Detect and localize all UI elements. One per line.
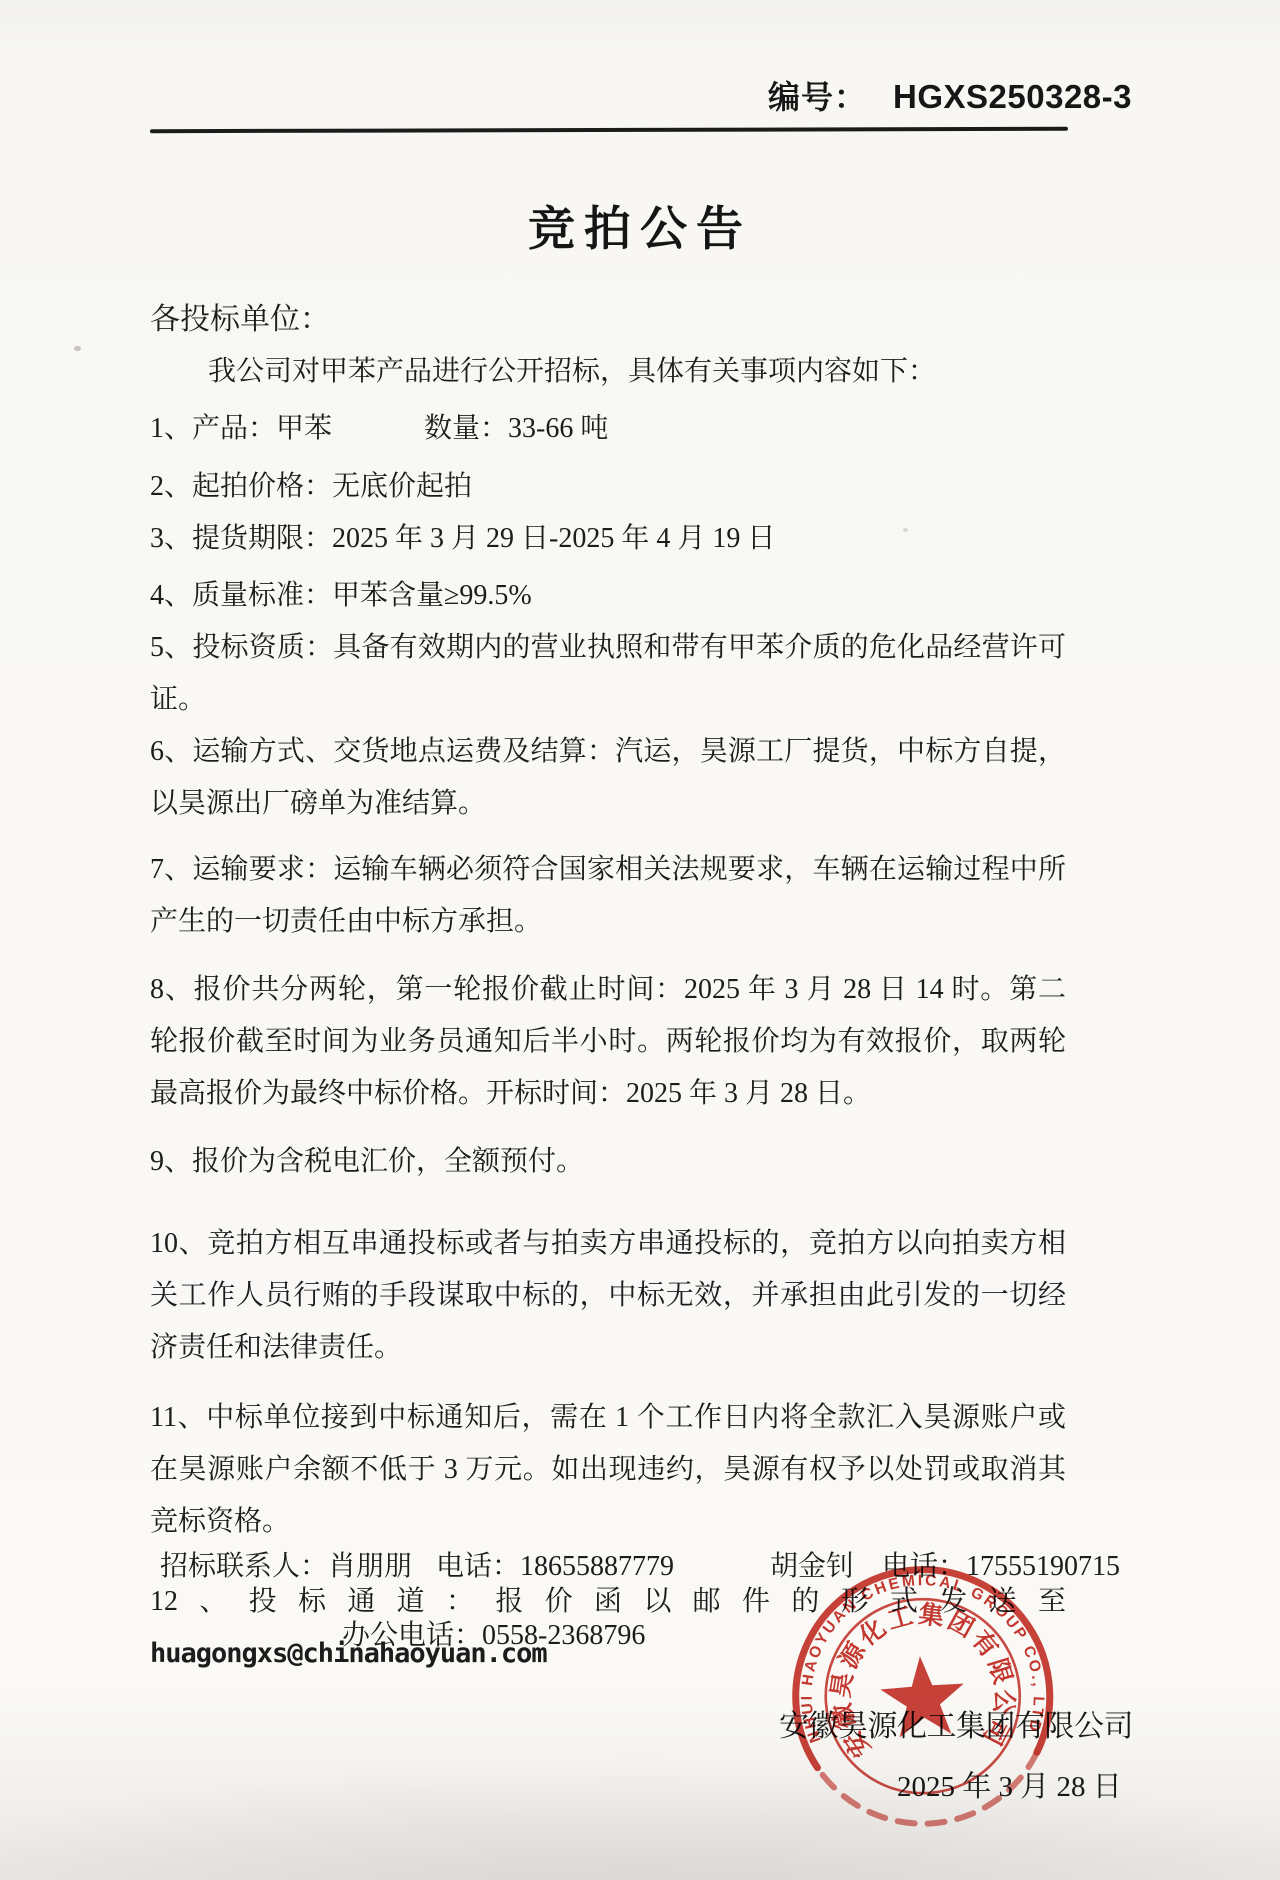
contact-2-name: 胡金钊	[770, 1544, 854, 1584]
notice-item-8: 8、报价共分两轮，第一轮报价截止时间：2025 年 3 月 28 日 14 时。…	[150, 964, 1066, 1120]
notice-item-1: 1、产品：甲苯数量：33-66 吨	[150, 403, 1066, 455]
scan-speckle	[74, 346, 81, 351]
item-1-product: 1、产品：甲苯	[150, 413, 332, 444]
item-1-quantity: 数量：33-66 吨	[424, 403, 608, 455]
doc-number-label: 编号：	[768, 79, 867, 115]
notice-item-10: 10、竞拍方相互串通投标或者与拍卖方串通投标的，竞拍方以向拍卖方相关工作人员行贿…	[150, 1218, 1066, 1374]
page-title: 竞拍公告	[0, 192, 1280, 259]
doc-number-value: HGXS250328-3	[893, 78, 1132, 115]
header-divider-rule	[150, 127, 1068, 133]
contact-row: 招标联系人：肖朋朋电话：18655887779胡金钊电话：17555190715	[160, 1544, 1160, 1584]
notice-item-7: 7、运输要求：运输车辆必须符合国家相关法规要求，车辆在运输过程中所产生的一切责任…	[150, 844, 1066, 948]
contact-1-name: 招标联系人：肖朋朋	[160, 1551, 412, 1582]
notice-item-3: 3、提货期限：2025 年 3 月 29 日-2025 年 4 月 19 日	[150, 513, 1066, 565]
doc-number-row: 编号：HGXS250328-3	[768, 72, 1132, 118]
notice-item-4: 4、质量标准：甲苯含量≥99.5%	[150, 570, 1066, 622]
notice-item-11: 11、中标单位接到中标通知后，需在 1 个工作日内将全款汇入昊源账户或在昊源账户…	[150, 1392, 1066, 1548]
scanned-document-page: 编号：HGXS250328-3 竞拍公告 各投标单位： 我公司对甲苯产品进行公开…	[0, 0, 1280, 1880]
notice-item-9: 9、报价为含税电汇价，全额预付。	[150, 1136, 1066, 1188]
document-body: 各投标单位： 我公司对甲苯产品进行公开招标，具体有关事项内容如下： 1、产品：甲…	[150, 294, 1066, 1680]
signature-date: 2025 年 3 月 28 日	[897, 1764, 1122, 1805]
notice-item-6: 6、运输方式、交货地点运费及结算：汽运，昊源工厂提货，中标方自提，以昊源出厂磅单…	[150, 726, 1066, 830]
notice-item-2: 2、起拍价格：无底价起拍	[150, 461, 1066, 513]
company-signature: 安徽昊源化工集团有限公司	[779, 1701, 1133, 1745]
salutation: 各投标单位：	[150, 294, 1066, 346]
contact-2-phone: 电话：17555190715	[882, 1544, 1120, 1584]
office-phone: 办公电话：0558-2368796	[342, 1613, 645, 1653]
contact-1-phone: 电话：18655887779	[436, 1544, 674, 1584]
intro-paragraph: 我公司对甲苯产品进行公开招标，具体有关事项内容如下：	[150, 346, 1066, 398]
notice-item-5: 5、投标资质：具备有效期内的营业执照和带有甲苯介质的危化品经营许可证。	[150, 622, 1066, 726]
scan-speckle	[903, 528, 908, 532]
